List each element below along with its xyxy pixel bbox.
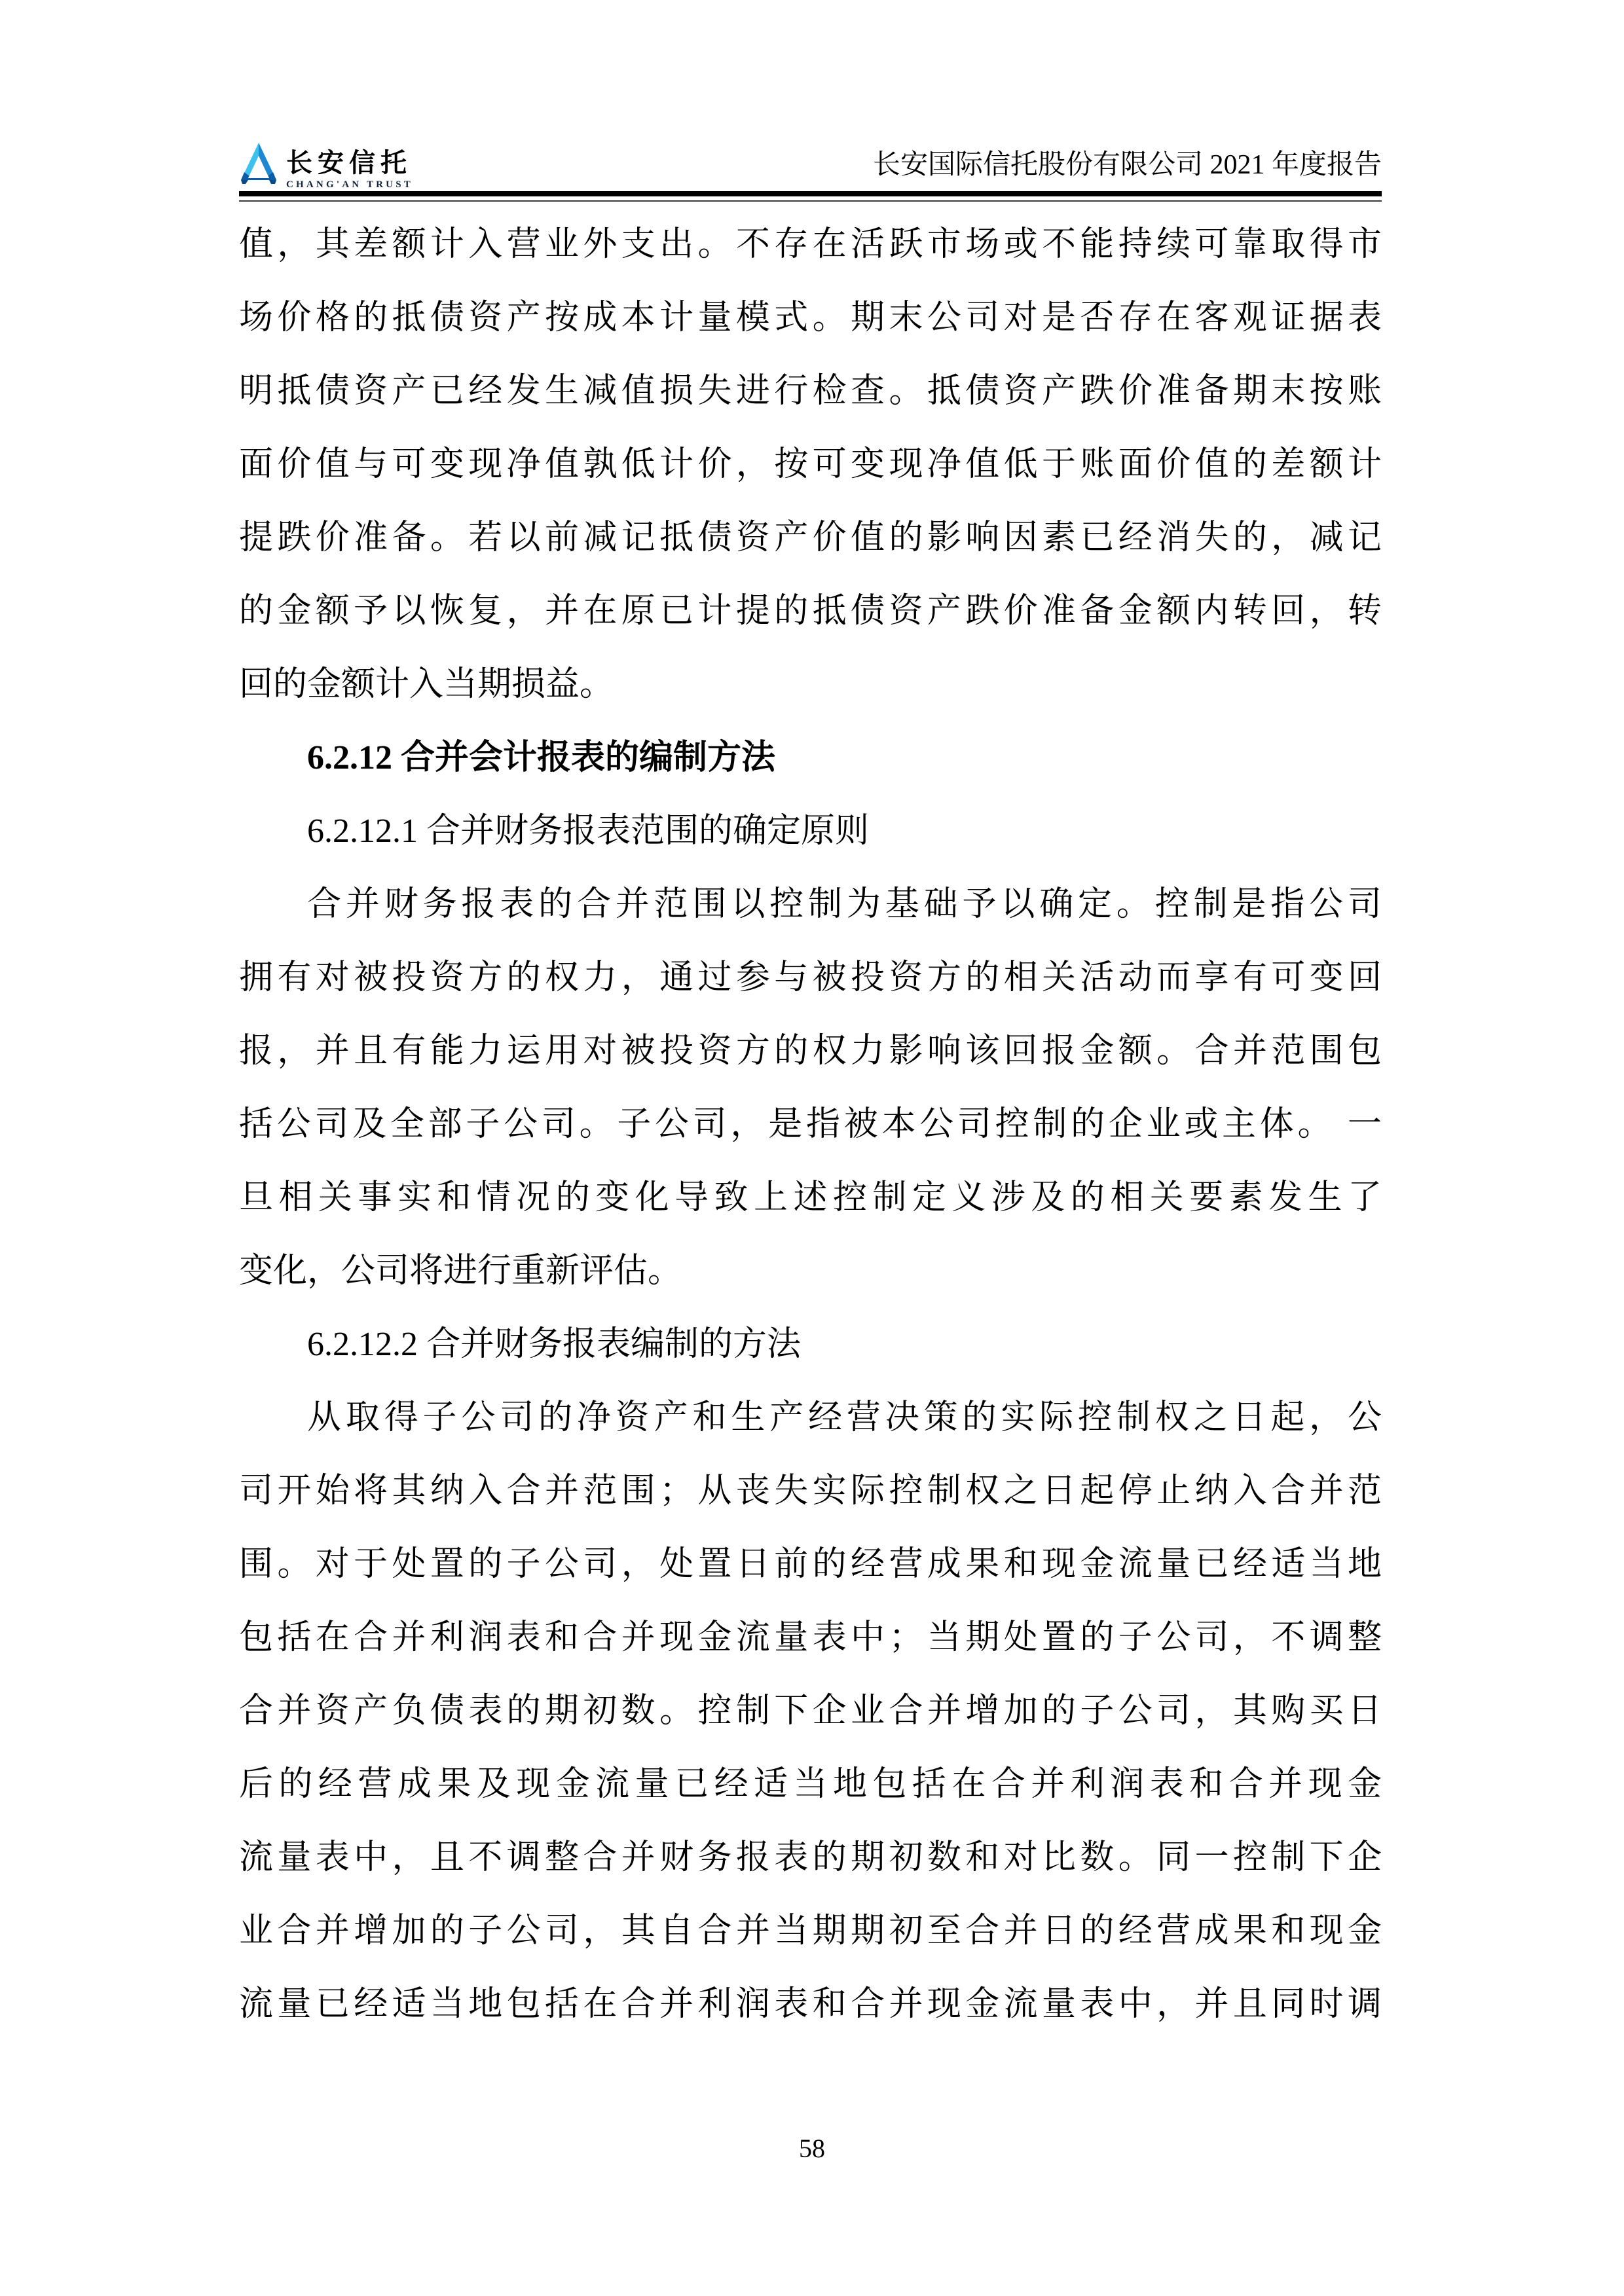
body-line: 合并资产负债表的期初数。控制下企业合并增加的子公司，其购买日 — [239, 1675, 1382, 1748]
body-line: 回的金额计入当期损益。 — [239, 648, 1382, 721]
company-name-zh: 长安信托 — [286, 150, 413, 176]
company-logo-text: 长安信托 CHANG'AN TRUST — [286, 142, 413, 190]
page-number: 58 — [799, 2134, 825, 2163]
document-body: 值，其差额计入营业外支出。不存在活跃市场或不能持续可靠取得市 场价格的抵债资产按… — [239, 208, 1382, 2041]
body-line: 提跌价准备。若以前减记抵债资产价值的影响因素已经消失的，减记 — [239, 501, 1382, 575]
header-divider-thin — [239, 200, 1382, 202]
body-line: 的金额予以恢复，并在原已计提的抵债资产跌价准备金额内转回，转 — [239, 575, 1382, 648]
company-name-en: CHANG'AN TRUST — [286, 180, 413, 190]
body-line: 括公司及全部子公司。子公司，是指被本公司控制的企业或主体。 一 — [239, 1088, 1382, 1161]
page-header: 长安信托 CHANG'AN TRUST 长安国际信托股份有限公司 2021 年度… — [239, 131, 1382, 190]
header-divider-thick — [239, 191, 1382, 196]
body-line: 后的经营成果及现金流量已经适当地包括在合并利润表和合并现金 — [239, 1748, 1382, 1821]
company-logo: 长安信托 CHANG'AN TRUST — [239, 142, 413, 190]
body-line: 流量已经适当地包括在合并利润表和合并现金流量表中，并且同时调 — [239, 1968, 1382, 2041]
body-line: 业合并增加的子公司，其自合并当期期初至合并日的经营成果和现金 — [239, 1895, 1382, 1968]
body-line: 合并财务报表的合并范围以控制为基础予以确定。控制是指公司 — [239, 868, 1382, 941]
body-line: 围。对于处置的子公司，处置日前的经营成果和现金流量已经适当地 — [239, 1528, 1382, 1601]
body-line: 拥有对被投资方的权力，通过参与被投资方的相关活动而享有可变回 — [239, 941, 1382, 1015]
body-line: 场价格的抵债资产按成本计量模式。期末公司对是否存在客观证据表 — [239, 282, 1382, 355]
body-line: 报，并且有能力运用对被投资方的权力影响该回报金额。合并范围包 — [239, 1015, 1382, 1088]
body-line: 面价值与可变现净值孰低计价，按可变现净值低于账面价值的差额计 — [239, 428, 1382, 501]
section-heading: 6.2.12 合并会计报表的编制方法 — [239, 721, 1382, 795]
body-line: 变化，公司将进行重新评估。 — [239, 1235, 1382, 1308]
subsection-heading: 6.2.12.1 合并财务报表范围的确定原则 — [239, 795, 1382, 868]
triangle-logo-icon — [239, 142, 278, 185]
body-line: 明抵债资产已经发生减值损失进行检查。抵债资产跌价准备期末按账 — [239, 355, 1382, 428]
body-line: 从取得子公司的净资产和生产经营决策的实际控制权之日起，公 — [239, 1381, 1382, 1455]
subsection-heading: 6.2.12.2 合并财务报表编制的方法 — [239, 1308, 1382, 1381]
page-footer: 58 — [0, 2133, 1624, 2164]
body-line: 流量表中，且不调整合并财务报表的期初数和对比数。同一控制下企 — [239, 1821, 1382, 1895]
body-line: 值，其差额计入营业外支出。不存在活跃市场或不能持续可靠取得市 — [239, 208, 1382, 282]
body-line: 包括在合并利润表和合并现金流量表中；当期处置的子公司，不调整 — [239, 1601, 1382, 1675]
body-line: 旦相关事实和情况的变化导致上述控制定义涉及的相关要素发生了 — [239, 1161, 1382, 1235]
report-header-title: 长安国际信托股份有限公司 2021 年度报告 — [873, 149, 1382, 190]
body-line: 司开始将其纳入合并范围；从丧失实际控制权之日起停止纳入合并范 — [239, 1455, 1382, 1528]
report-page: 长安信托 CHANG'AN TRUST 长安国际信托股份有限公司 2021 年度… — [0, 0, 1624, 2296]
